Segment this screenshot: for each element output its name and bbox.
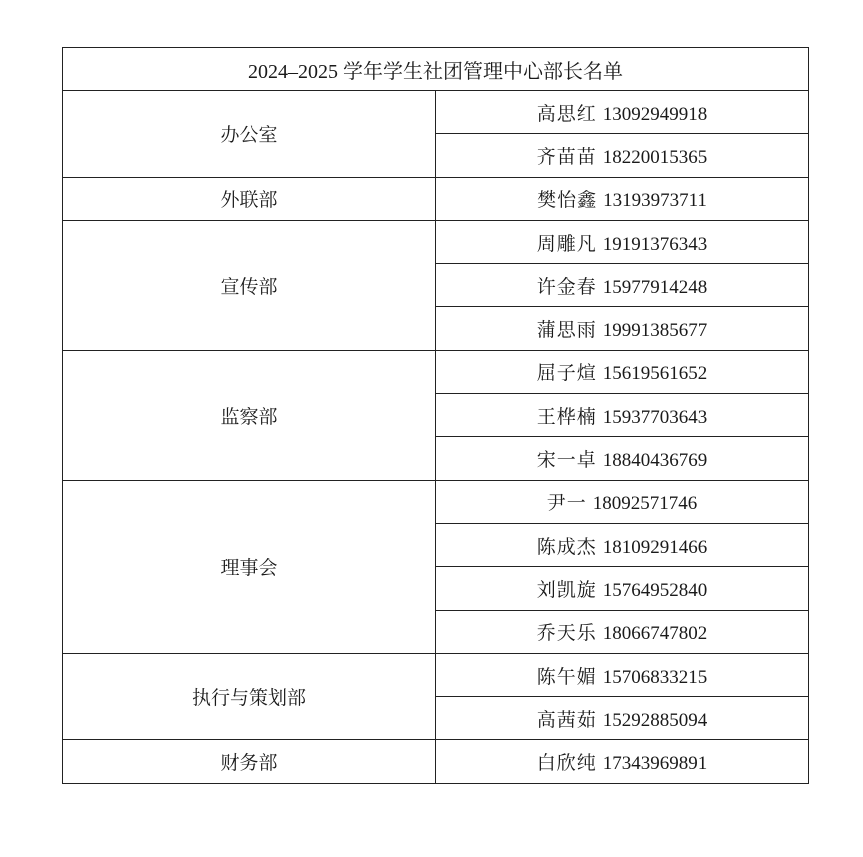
- member-name: 蒲思雨: [537, 320, 597, 341]
- table-row: 执行与策划部陈午媚15706833215: [63, 653, 809, 696]
- table-row: 宣传部周雕凡19191376343: [63, 220, 809, 263]
- member-cell: 王桦楠15937703643: [436, 394, 809, 437]
- department-name-cell: 办公室: [63, 91, 436, 178]
- member-name: 宋一卓: [537, 450, 597, 471]
- member-name: 白欣纯: [537, 753, 597, 774]
- member-cell: 宋一卓18840436769: [436, 437, 809, 480]
- member-name: 屈子煊: [537, 363, 597, 384]
- member-cell: 刘凯旋15764952840: [436, 567, 809, 610]
- member-cell: 周雕凡19191376343: [436, 220, 809, 263]
- department-name-cell: 外联部: [63, 177, 436, 220]
- member-phone: 18840436769: [603, 450, 708, 471]
- member-phone: 13092949918: [603, 104, 708, 125]
- member-cell: 陈午媚15706833215: [436, 653, 809, 696]
- member-cell: 许金春15977914248: [436, 264, 809, 307]
- member-cell: 蒲思雨19991385677: [436, 307, 809, 350]
- member-cell: 樊怡鑫13193973711: [436, 177, 809, 220]
- member-phone: 15764952840: [603, 580, 708, 601]
- department-name-cell: 宣传部: [63, 220, 436, 350]
- member-phone: 19191376343: [603, 234, 708, 255]
- member-cell: 屈子煊15619561652: [436, 350, 809, 393]
- member-phone: 15292885094: [603, 710, 708, 731]
- member-cell: 高思红13092949918: [436, 91, 809, 134]
- member-name: 王桦楠: [537, 407, 597, 428]
- member-name: 高茜茹: [537, 710, 597, 731]
- member-name: 尹一: [547, 493, 587, 514]
- member-name: 周雕凡: [537, 234, 597, 255]
- member-phone: 15619561652: [603, 363, 708, 384]
- member-cell: 乔天乐18066747802: [436, 610, 809, 653]
- department-name-cell: 理事会: [63, 480, 436, 653]
- table-title: 2024–2025 学年学生社团管理中心部长名单: [63, 48, 809, 91]
- roster-body: 办公室高思红13092949918齐苗苗18220015365外联部樊怡鑫131…: [63, 91, 809, 784]
- member-cell: 齐苗苗18220015365: [436, 134, 809, 177]
- department-name-cell: 监察部: [63, 350, 436, 480]
- member-phone: 18066747802: [603, 623, 708, 644]
- table-row: 财务部白欣纯17343969891: [63, 740, 809, 783]
- member-name: 刘凯旋: [537, 580, 597, 601]
- member-phone: 17343969891: [603, 753, 708, 774]
- member-phone: 18109291466: [603, 537, 708, 558]
- table-row: 办公室高思红13092949918: [63, 91, 809, 134]
- member-phone: 15977914248: [603, 277, 708, 298]
- member-cell: 尹一18092571746: [436, 480, 809, 523]
- member-name: 樊怡鑫: [537, 190, 597, 211]
- table-row: 监察部屈子煊15619561652: [63, 350, 809, 393]
- department-name-cell: 财务部: [63, 740, 436, 783]
- member-phone: 18092571746: [593, 493, 698, 514]
- member-phone: 13193973711: [603, 190, 707, 211]
- department-name-cell: 执行与策划部: [63, 653, 436, 740]
- member-name: 齐苗苗: [537, 147, 597, 168]
- member-cell: 陈成杰18109291466: [436, 523, 809, 566]
- member-name: 陈成杰: [537, 537, 597, 558]
- member-phone: 19991385677: [603, 320, 708, 341]
- member-name: 许金春: [537, 277, 597, 298]
- department-head-roster-table: 2024–2025 学年学生社团管理中心部长名单 办公室高思红130929499…: [62, 47, 809, 784]
- member-phone: 15937703643: [603, 407, 708, 428]
- title-row: 2024–2025 学年学生社团管理中心部长名单: [63, 48, 809, 91]
- member-phone: 18220015365: [603, 147, 708, 168]
- table-row: 理事会尹一18092571746: [63, 480, 809, 523]
- member-cell: 高茜茹15292885094: [436, 697, 809, 740]
- member-name: 陈午媚: [537, 667, 597, 688]
- table-row: 外联部樊怡鑫13193973711: [63, 177, 809, 220]
- member-name: 乔天乐: [537, 623, 597, 644]
- member-cell: 白欣纯17343969891: [436, 740, 809, 783]
- member-phone: 15706833215: [603, 667, 708, 688]
- member-name: 高思红: [537, 104, 597, 125]
